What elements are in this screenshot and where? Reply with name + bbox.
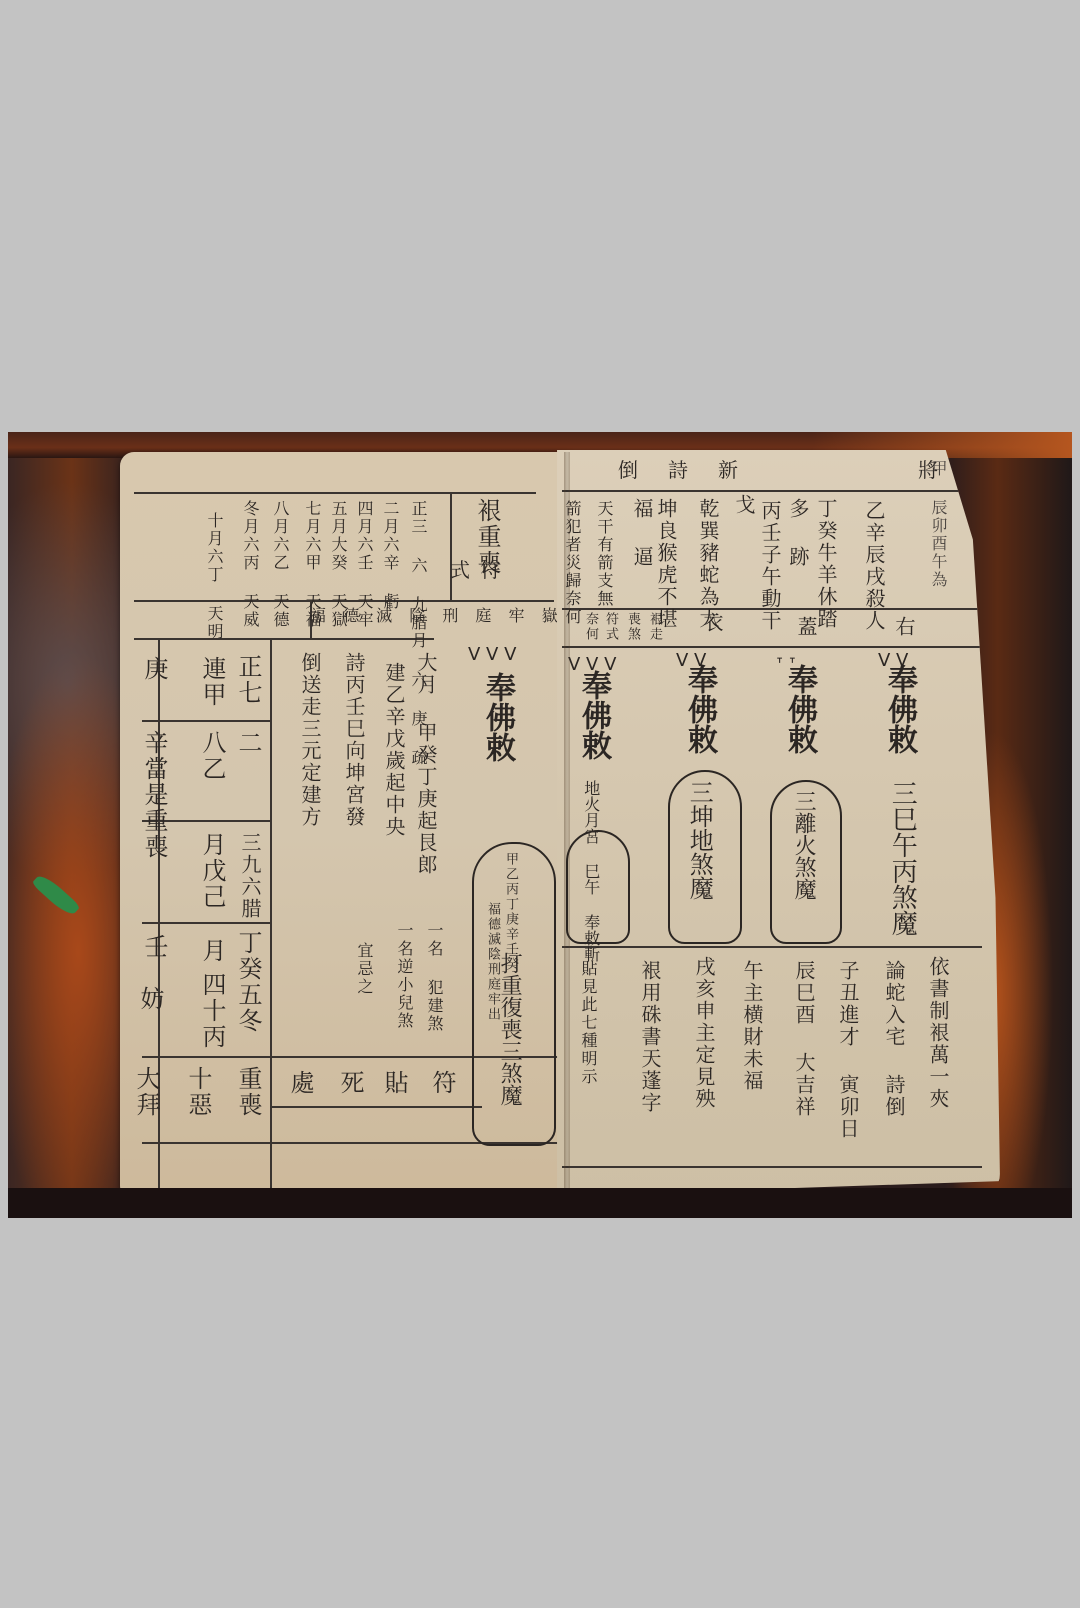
rule xyxy=(142,720,270,722)
table-cell: 丁癸五冬 xyxy=(236,930,260,1034)
table-cell: 月 xyxy=(200,938,224,964)
verse-line: 多 跡 xyxy=(788,498,808,568)
table-cell: 壬 xyxy=(142,934,166,960)
verse-line: 辰巳酉 大吉祥 xyxy=(794,960,814,1118)
verse-line: 一名 犯建煞 xyxy=(426,922,442,1033)
verse-line: 一名逆小兒煞 xyxy=(396,922,412,1030)
verse-line: 宜忌之 xyxy=(356,942,372,996)
talisman-head: 奉佛敕 xyxy=(482,672,512,762)
manuscript-photo: 裉重喪 式 符 正三 六 九腊月 六 庚 疏 二月六辛 虧 四月六壬 天牢 五月… xyxy=(8,432,1072,1218)
verse-line: 丙壬子午動干 xyxy=(760,500,780,632)
left-page: 裉重喪 式 符 正三 六 九腊月 六 庚 疏 二月六辛 虧 四月六壬 天牢 五月… xyxy=(120,452,572,1208)
month-row: 二月六辛 虧 xyxy=(382,500,398,611)
header-row-cell: 喪煞 xyxy=(626,612,639,642)
rule xyxy=(562,946,982,948)
talisman-head: 奉佛敕 xyxy=(578,670,608,760)
talisman-body: 打重復喪三煞魔 xyxy=(498,952,521,1106)
verse-line: 倒送走三元定建方 xyxy=(300,652,320,828)
table-cell: 大拜 xyxy=(134,1066,158,1118)
verse-line: 午主横財未福 xyxy=(742,960,762,1092)
verse-line: 天干有箭支無 xyxy=(596,500,612,608)
footer-cell: 符 xyxy=(430,1070,454,1096)
book-spine xyxy=(564,452,570,1208)
rule xyxy=(562,1166,982,1168)
verse-line: 丁癸牛羊休踏 xyxy=(816,498,836,630)
talisman-head: 奉佛敕 xyxy=(884,664,914,754)
top-title-char: 詩 xyxy=(668,458,718,482)
talisman-body: 三離火煞魔 xyxy=(792,790,815,900)
table-cell: 妨 xyxy=(138,986,162,1012)
talisman-body: 地火月宮 巳午 奉敕斬 xyxy=(582,780,599,962)
rule xyxy=(450,492,452,602)
rule xyxy=(562,646,982,648)
talisman-head: 奉佛敕 xyxy=(684,664,714,754)
verse-line: 論蛇入宅 詩倒 xyxy=(884,960,904,1118)
top-title-char: 宮 xyxy=(960,458,1002,482)
table-cell: 辛當是重喪 xyxy=(142,730,166,860)
table-cell: 正七 xyxy=(236,654,260,706)
table-cell: 三九六腊 xyxy=(240,832,260,920)
table-frame-bottom xyxy=(8,1188,1072,1218)
talisman-hook: ᐯ ᐯ ᐯ xyxy=(468,644,516,665)
right-page: 將宮 倒詩新 甲 辰卯酉午為 乙辛辰戌殺人 丁癸牛羊休踏 多 跡 丙壬子午動干 … xyxy=(548,450,1000,1196)
table-cell: 月戊己 xyxy=(200,832,224,910)
verse-line: 裉用硃書天蓬字 xyxy=(640,960,660,1114)
verse-line: 乾巽豬蛇為大 xyxy=(698,498,718,630)
rule xyxy=(134,638,434,640)
verse-line: 戌亥申主定見殃 xyxy=(694,956,714,1110)
header-row-cell: 右 xyxy=(894,616,914,638)
talisman-body: 三坤地煞魔 xyxy=(686,780,711,900)
table-cell: 四十丙 xyxy=(200,972,224,1050)
verse-line: 大月 甲癸丁庚起艮郎 xyxy=(416,652,436,876)
rule xyxy=(142,922,270,924)
talisman-body: 三巳午丙煞魔 xyxy=(888,780,915,936)
top-title-char: 新 xyxy=(718,458,768,482)
talisman-head: 奉佛敕 xyxy=(784,664,814,754)
table-cell: 八乙 xyxy=(200,730,224,782)
footer-cell: 處 xyxy=(288,1070,312,1096)
header-row-cell: 衣 xyxy=(702,612,722,634)
verse-line: 戈 xyxy=(734,494,754,516)
green-paint-mark xyxy=(31,872,80,919)
header-subtitle: 式 符 xyxy=(450,560,502,580)
header-row-cell: 奈何 xyxy=(584,612,597,642)
month-row: 八月六乙 天德 xyxy=(272,500,288,629)
verse-line: 福 逼 xyxy=(632,498,652,568)
verse-line: 貼見此七種明示 xyxy=(580,960,596,1086)
footer-cell: 貼 xyxy=(382,1070,406,1096)
top-title-note: 甲 辰卯酉午為 xyxy=(930,460,946,589)
rule xyxy=(272,1106,482,1108)
footer-cell: 死 xyxy=(338,1070,362,1096)
header-row-cell: 蓋 xyxy=(796,616,816,638)
header-row-cell: 符式 xyxy=(604,612,617,642)
rule xyxy=(562,490,962,492)
table-cell: 十惡 xyxy=(186,1066,210,1118)
month-row: 冬月六丙 天威 xyxy=(242,500,258,629)
verse-line: 依書制裉萬一夾 xyxy=(928,956,948,1110)
table-cell: 連甲 xyxy=(200,656,224,708)
table-cell: 二 xyxy=(236,730,260,756)
verse-line: 坤良猴虎不堪 xyxy=(656,498,676,630)
table-cell: 庚 xyxy=(142,656,166,682)
sub-header: 福 德 滅 陰 刑 庭 牢 嶽 xyxy=(310,608,564,624)
month-row: 十月六丁 天明 xyxy=(206,512,222,641)
verse-line: 建乙辛戊歲起中央 xyxy=(384,662,404,838)
top-title-left: 倒詩新 xyxy=(618,460,768,480)
verse-line: 子丑進才 寅卯日 xyxy=(838,960,858,1140)
table-cell: 重喪 xyxy=(236,1066,260,1118)
rule xyxy=(270,638,272,1198)
top-title-char: 倒 xyxy=(618,458,668,482)
header-row-cell: 裉走 xyxy=(648,612,661,642)
verse-line: 詩丙壬巳向坤宮發 xyxy=(344,652,364,828)
verse-line: 乙辛辰戌殺人 xyxy=(864,500,884,632)
rule xyxy=(134,492,536,494)
